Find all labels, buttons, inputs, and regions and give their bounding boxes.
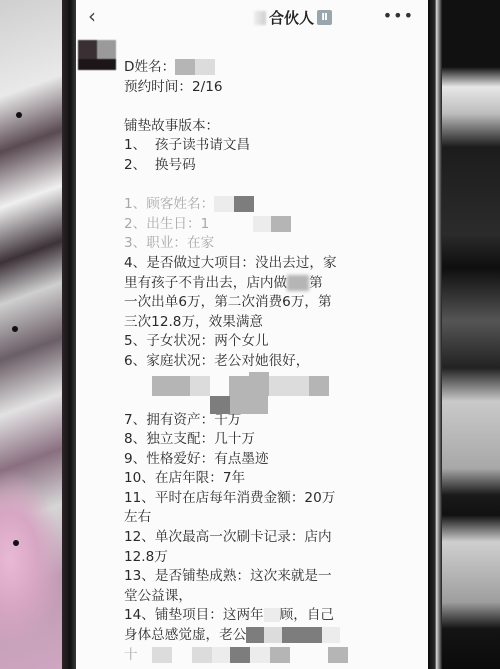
background-dot [13, 540, 19, 546]
field-text: 第 [309, 275, 323, 291]
sender-avatar-redacted[interactable] [78, 40, 116, 70]
field-ready: 13、是否铺垫成熟：这次来就是一 [124, 567, 424, 587]
redacted-value [234, 196, 254, 212]
field-tenure: 10、在店年限：7年 [124, 469, 424, 489]
field-max-swipe-cont: 12.8万 [124, 548, 424, 568]
field-text: 顾，自己 [280, 607, 334, 623]
redacted-family-detail [124, 372, 424, 411]
redacted-value [270, 647, 290, 663]
field-project-cont: 身体总感觉虚，老公 [124, 626, 424, 646]
field-disposable: 8、独立支配：几十万 [124, 430, 424, 450]
field-text: 里有孩子不肯出去，店内做 [124, 275, 287, 291]
name-line: D姓名： [124, 58, 424, 78]
field-customer-name: 1、顾客姓名： [124, 195, 424, 215]
redacted-title-prefix [254, 11, 266, 25]
field-annual-spend-cont: 左右 [124, 508, 424, 528]
group-badge-icon: Ⅱ [317, 10, 332, 25]
redacted-value [287, 275, 309, 291]
appointment-value: 2/16 [192, 79, 223, 95]
redacted-name [175, 59, 195, 75]
field-project-cont: 十 [124, 646, 424, 666]
nav-bar: ‹ 合伙人 Ⅱ ••• [76, 0, 428, 36]
message-content: D姓名： 预约时间：2/16 铺垫故事版本： 1、 孩子读书请文昌 2、 换号码… [124, 58, 424, 665]
redacted-value [282, 627, 302, 643]
field-occupation: 3、职业：在家 [124, 234, 424, 254]
field-children: 5、子女状况：两个女儿 [124, 332, 424, 352]
redacted-value [271, 216, 291, 232]
phone-bezel-left [62, 0, 76, 669]
story-item: 2、 换号码 [124, 156, 424, 176]
field-project: 14、铺垫项目：这两年顾，自己 [124, 606, 424, 626]
redacted-value [264, 608, 280, 622]
redacted-value [152, 647, 172, 663]
field-family: 6、家庭状况：老公对她很好， [124, 352, 424, 372]
field-big-project: 4、是否做过大项目：没出去过，家 [124, 254, 424, 274]
field-text: 1、顾客姓名： [124, 196, 214, 212]
redacted-value [264, 627, 282, 643]
chat-screen: ‹ 合伙人 Ⅱ ••• D姓名： 预约时间：2/16 铺垫故事版本： 1、 孩子… [76, 0, 428, 669]
field-birthday: 2、出生日：1 [124, 215, 424, 235]
redacted-name [195, 59, 215, 75]
field-max-swipe: 12、单次最高一次刷卡记录：店内 [124, 528, 424, 548]
redacted-value [250, 647, 270, 663]
field-text: 14、铺垫项目：这两年 [124, 607, 264, 623]
redacted-value [302, 627, 322, 643]
background-photo-left [0, 0, 66, 669]
title-text: 合伙人 [269, 7, 314, 28]
field-ready-cont: 堂公益课， [124, 587, 424, 607]
background-dot [16, 112, 22, 118]
field-big-project-cont: 一次出单6万，第二次消费6万，第 [124, 293, 424, 313]
story-heading: 铺垫故事版本： [124, 117, 424, 137]
phone-bezel-right [428, 0, 442, 669]
field-text: 十 [124, 647, 138, 663]
field-text: 身体总感觉虚，老公 [124, 627, 246, 643]
name-label: D姓名： [124, 59, 175, 75]
appointment-label: 预约时间： [124, 79, 192, 95]
field-personality: 9、性格爱好：有点墨迹 [124, 450, 424, 470]
redacted-value [328, 647, 348, 663]
redacted-value [322, 627, 340, 643]
redacted-value [192, 647, 212, 663]
redacted-value [214, 196, 234, 212]
redacted-value [212, 647, 230, 663]
story-item: 1、 孩子读书请文昌 [124, 136, 424, 156]
field-annual-spend: 11、平时在店每年消费金额：20万 [124, 489, 424, 509]
appointment-line: 预约时间：2/16 [124, 78, 424, 98]
field-big-project-cont: 三次12.8万，效果满意 [124, 313, 424, 333]
back-chevron-icon[interactable]: ‹ [88, 4, 96, 28]
redacted-value [253, 216, 271, 232]
chat-title: 合伙人 Ⅱ [254, 7, 332, 28]
field-text: 2、出生日：1 [124, 216, 209, 232]
redacted-value [230, 647, 250, 663]
field-assets: 7、拥有资产：千万 [124, 411, 424, 431]
more-options-icon[interactable]: ••• [383, 6, 414, 25]
field-big-project-cont: 里有孩子不肯出去，店内做第 [124, 274, 424, 294]
background-dot [12, 326, 18, 332]
redacted-value [246, 627, 264, 643]
